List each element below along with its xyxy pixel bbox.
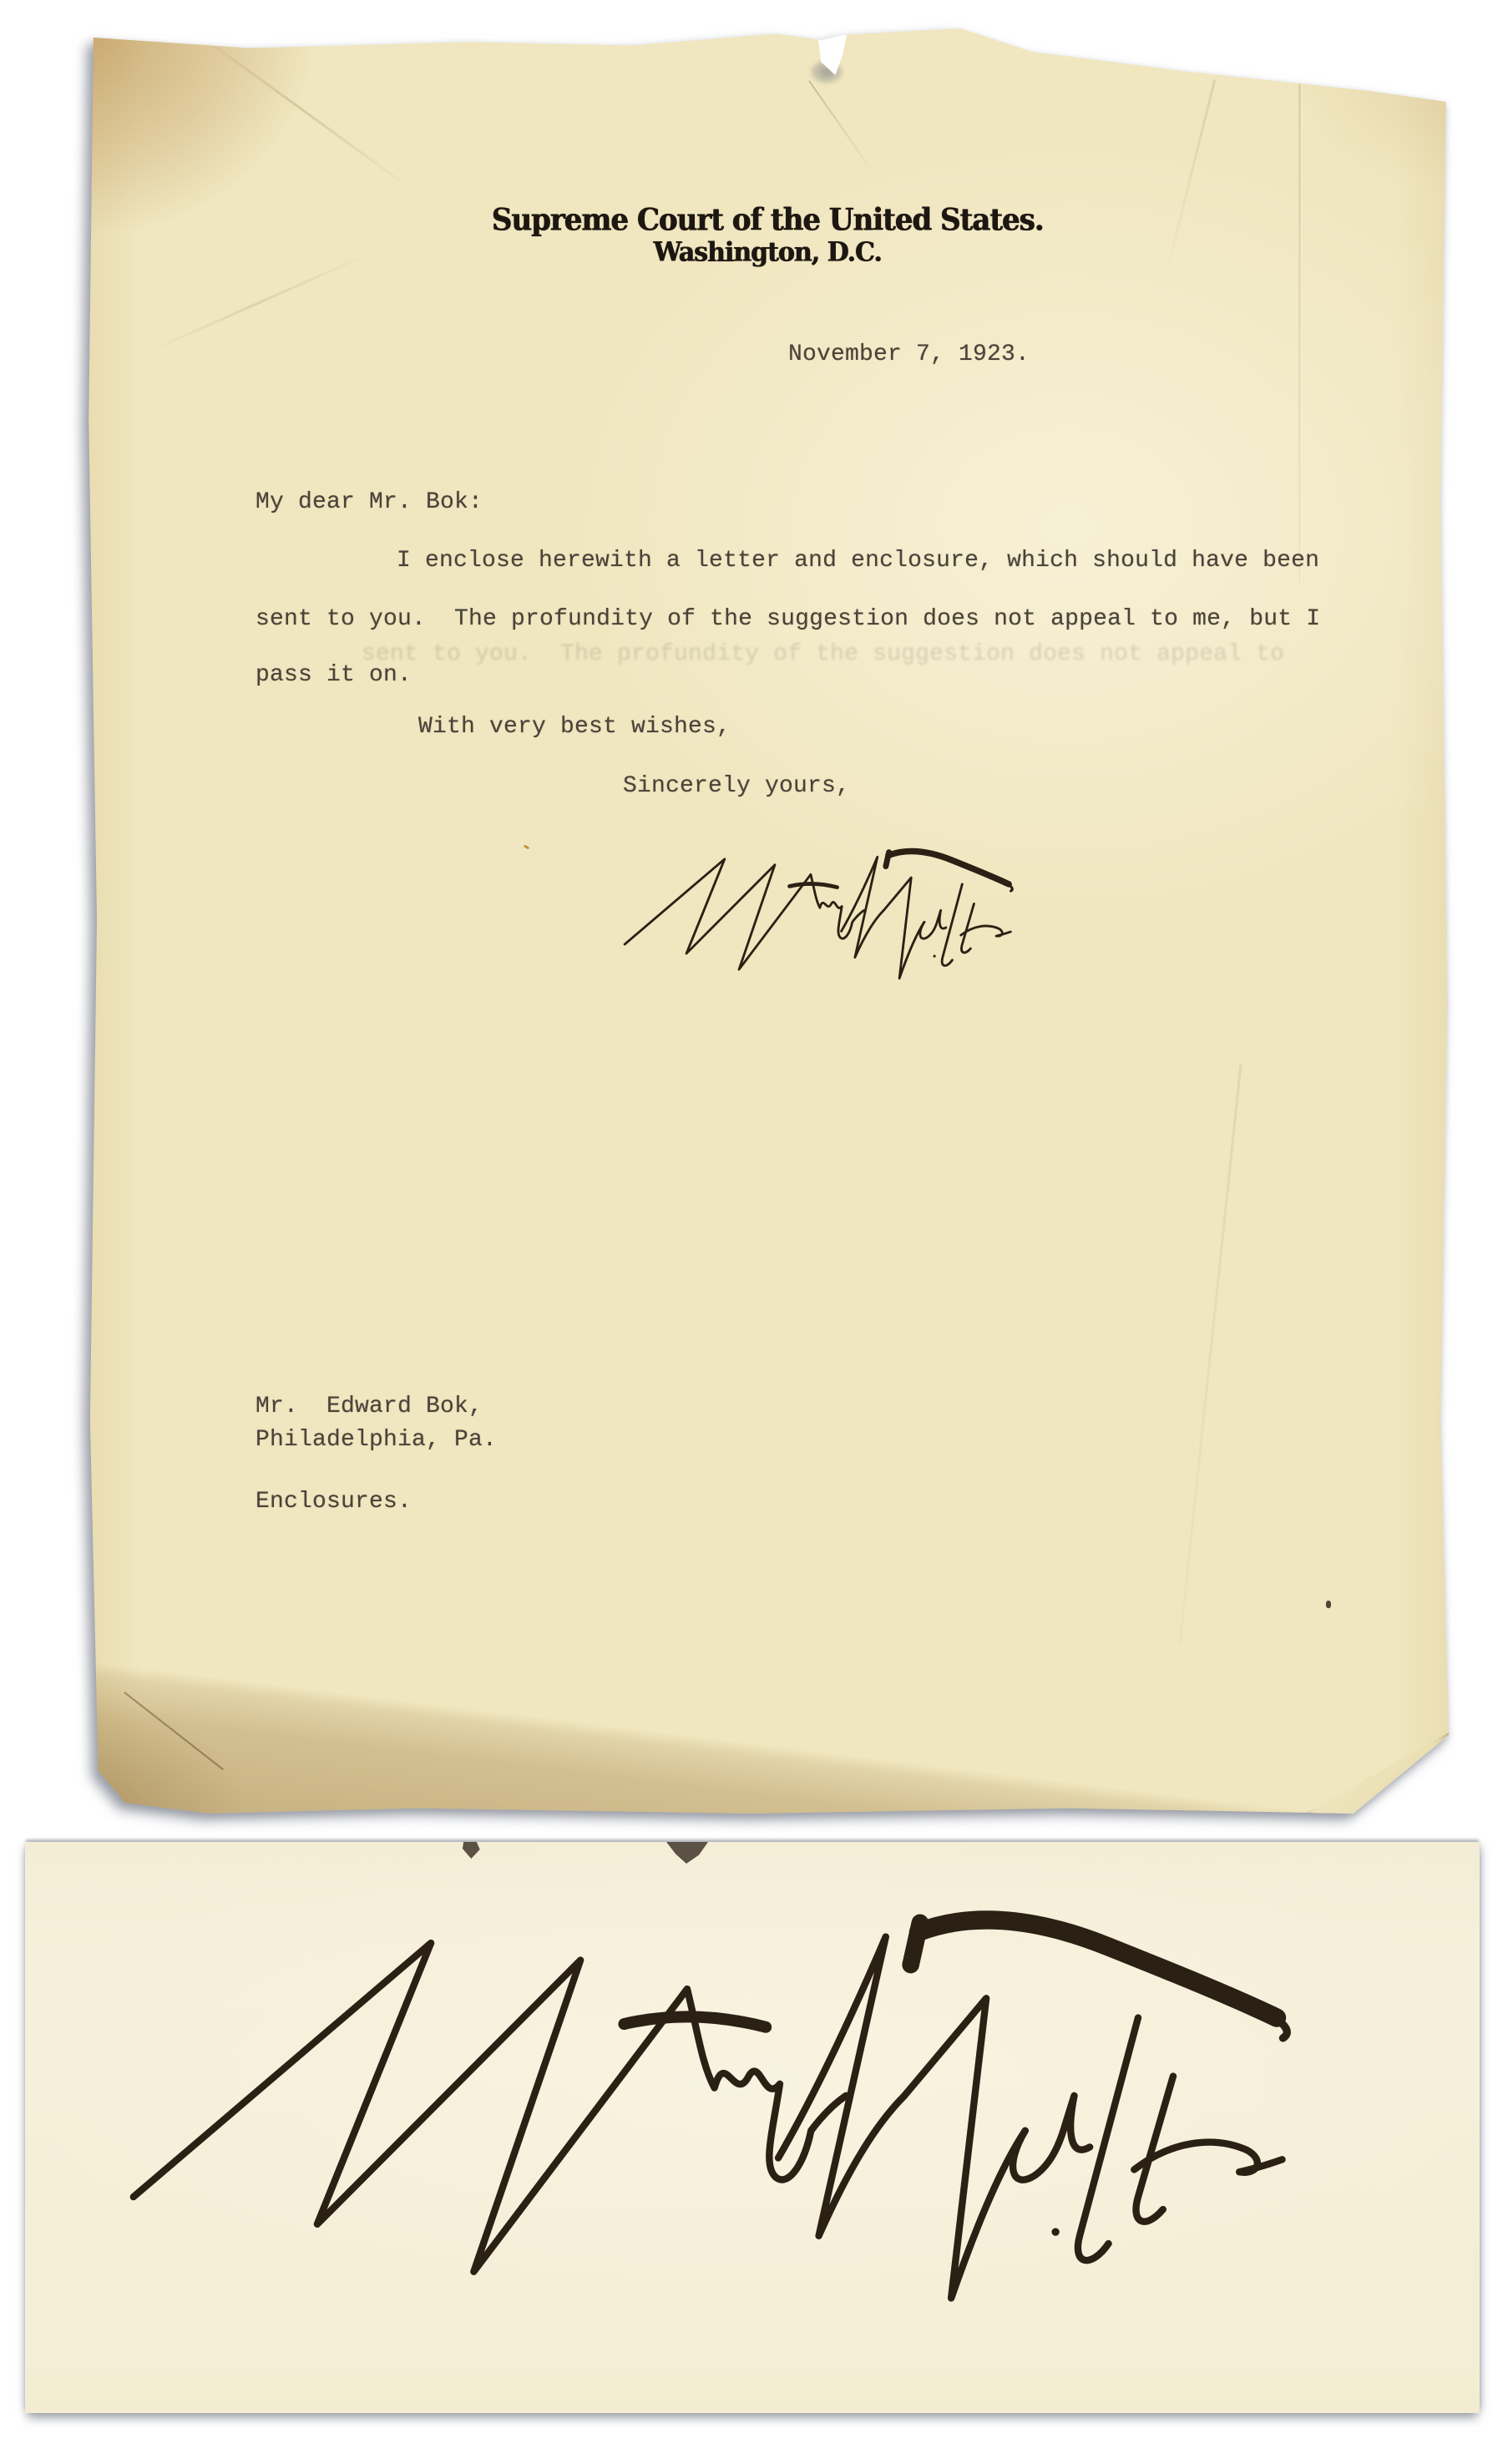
signature-closeup: [125, 1909, 1294, 2314]
body-ghost-impression: sent to you. The profundity of the sugge…: [362, 640, 1297, 669]
paper-speck: [524, 844, 530, 849]
crease-top-left: [187, 25, 412, 189]
body-line-2: sent to you. The profundity of the sugge…: [256, 605, 1320, 634]
closing-sign-off: Sincerely yours,: [623, 772, 850, 801]
crease-below-hole: [808, 80, 877, 177]
body-line-3: pass it on.: [256, 661, 412, 690]
letterhead-line2: Washington, D.C.: [86, 237, 1449, 268]
enclosures-note: Enclosures.: [256, 1488, 412, 1516]
salutation: My dear Mr. Bok:: [256, 488, 483, 517]
recipient-line-2: Philadelphia, Pa.: [256, 1426, 497, 1455]
typed-text-remnant: [666, 1842, 708, 1864]
letter-sheet-wrapper: Supreme Court of the United States. Wash…: [86, 27, 1449, 1814]
paper-speck: [1326, 1601, 1331, 1608]
typed-text-remnant: [459, 1842, 481, 1859]
folded-corner-bottom-right: [1305, 1733, 1449, 1814]
fold-line-bottom-left: [124, 1692, 223, 1770]
recipient-line-1: Mr. Edward Bok,: [256, 1393, 483, 1421]
signature-handwritten: [622, 847, 1015, 984]
closing-wishes: With very best wishes,: [418, 713, 731, 741]
crease-lower-right: [1178, 1064, 1242, 1645]
body-line-1: I enclose herewith a letter and enclosur…: [397, 547, 1319, 575]
signature-closeup-panel: [25, 1842, 1480, 2413]
crease-right-vertical: [1298, 48, 1301, 582]
date-line: November 7, 1923.: [788, 341, 1030, 369]
letterhead-line1: Supreme Court of the United States.: [86, 203, 1449, 238]
letter-paper: Supreme Court of the United States. Wash…: [86, 27, 1449, 1814]
scanned-letter-page: Supreme Court of the United States. Wash…: [0, 0, 1503, 2464]
